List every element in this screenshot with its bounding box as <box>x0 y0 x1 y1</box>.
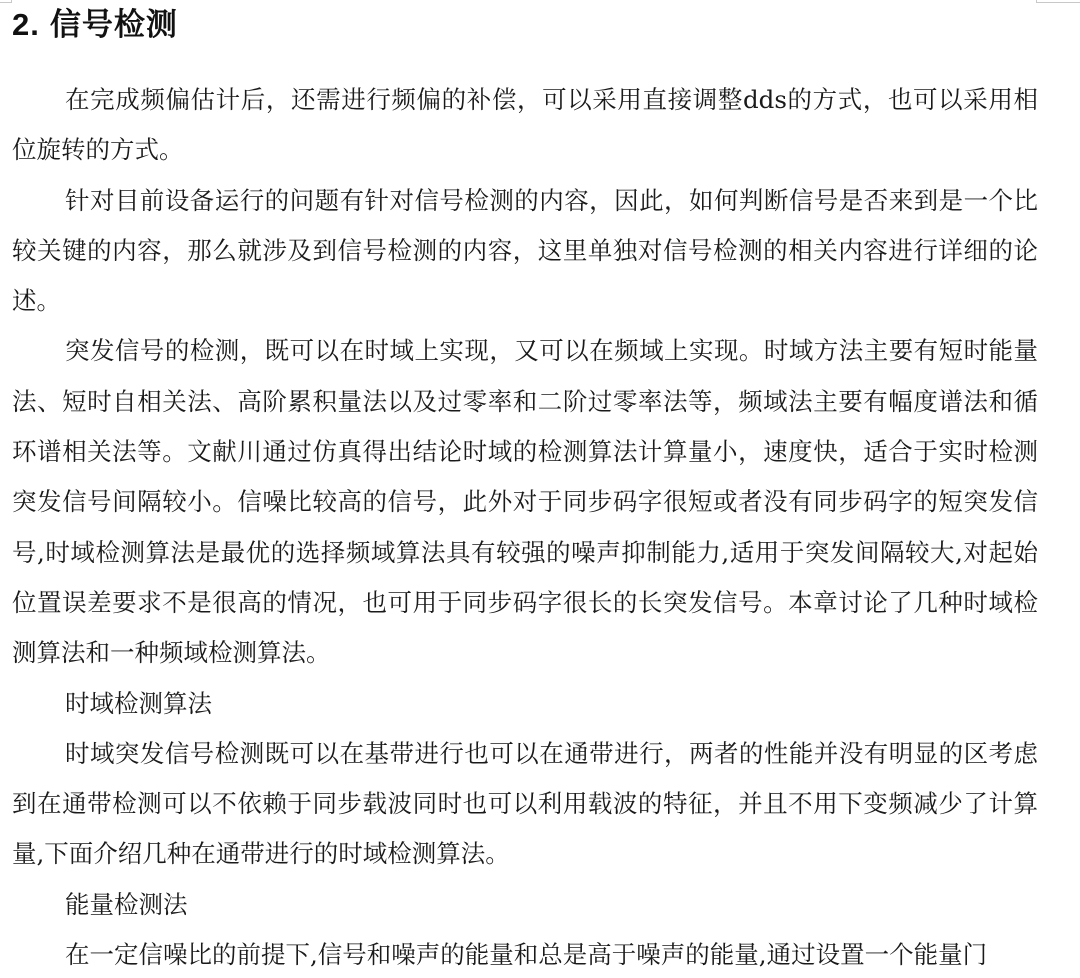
subheading-time-domain-detection: 时域检测算法 <box>12 679 1038 729</box>
section-title: 信号检测 <box>50 7 178 42</box>
document-body: 在完成频偏估计后，还需进行频偏的补偿，可以采用直接调整dds的方式，也可以采用相… <box>12 75 1038 978</box>
paragraph-detection-motivation: 针对目前设备运行的问题有针对信号检测的内容，因此，如何判断信号是否来到是一个比较… <box>12 176 1038 327</box>
page-corner-mark-left <box>0 0 12 3</box>
section-heading: 2.信号检测 <box>12 2 178 48</box>
paragraph-burst-detection-methods: 突发信号的检测，既可以在时域上实现，又可以在频域上实现。时域方法主要有短时能量法… <box>12 326 1038 678</box>
paragraph-time-domain-detection: 时域突发信号检测既可以在基带进行也可以在通带进行，两者的性能并没有明显的区考虑到… <box>12 729 1038 880</box>
paragraph-frequency-compensation: 在完成频偏估计后，还需进行频偏的补偿，可以采用直接调整dds的方式，也可以采用相… <box>12 75 1038 176</box>
page-corner-mark-right <box>1036 0 1080 3</box>
section-number: 2. <box>12 7 40 42</box>
subheading-energy-detection: 能量检测法 <box>12 880 1038 930</box>
paragraph-energy-detection: 在一定信噪比的前提下,信号和噪声的能量和总是高于噪声的能量,通过设置一个能量门 <box>12 930 1038 978</box>
